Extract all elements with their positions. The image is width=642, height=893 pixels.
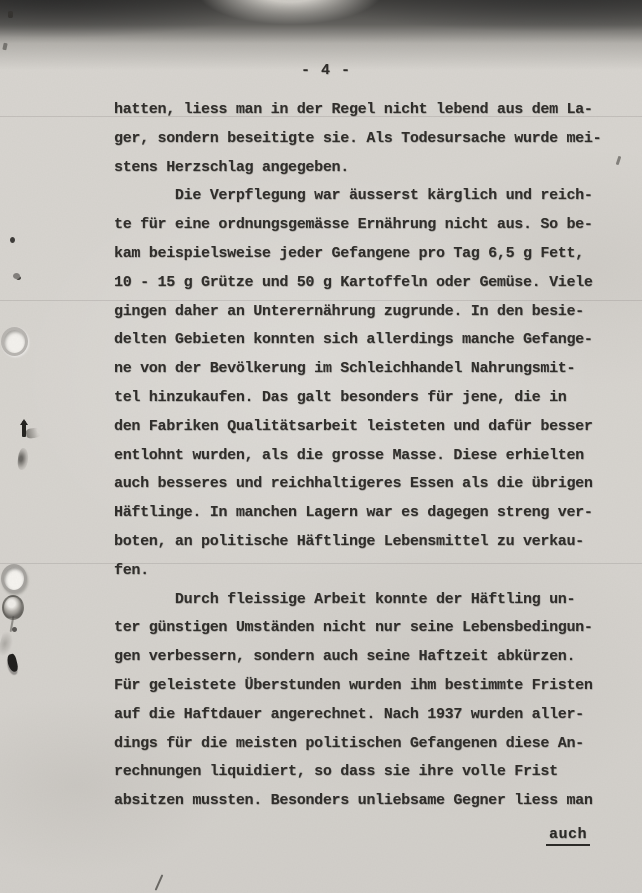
page-number: - 4 - bbox=[0, 62, 642, 79]
text-line: Die Verpflegung war äusserst kärglich un… bbox=[114, 182, 626, 211]
ink-speck bbox=[12, 627, 17, 632]
text-line: dings für die meisten politischen Gefang… bbox=[114, 730, 626, 759]
text-line: 10 - 15 g Grütze und 50 g Kartoffeln ode… bbox=[114, 269, 626, 298]
text-line: den Fabriken Qualitätsarbeit leisteten u… bbox=[114, 413, 626, 442]
ink-speck bbox=[10, 237, 15, 243]
text-line: ger, sondern beseitigte sie. Als Todesur… bbox=[114, 125, 626, 154]
text-line: te für eine ordnungsgemässe Ernährung ni… bbox=[114, 211, 626, 240]
scanned-document-page: { "page": { "number_label": "- 4 -", "ca… bbox=[0, 0, 642, 893]
text-line: tel hinzukaufen. Das galt besonders für … bbox=[114, 384, 626, 413]
margin-smudge bbox=[25, 427, 42, 439]
text-line: auch besseres und reichhaltigeres Essen … bbox=[114, 470, 626, 499]
punch-hole bbox=[1, 564, 27, 593]
ink-blob bbox=[6, 653, 19, 673]
catchword: auch bbox=[546, 826, 590, 846]
text-line: Häftlinge. In manchen Lagern war es dage… bbox=[114, 499, 626, 528]
text-line: stens Herzschlag angegeben. bbox=[114, 154, 626, 183]
text-line: entlohnt wurden, als die grosse Masse. D… bbox=[114, 442, 626, 471]
text-line: boten, an politische Häftlinge Lebensmit… bbox=[114, 528, 626, 557]
ink-speck bbox=[13, 273, 20, 279]
text-line: ne von der Bevölkerung im Schleichhandel… bbox=[114, 355, 626, 384]
text-line: Durch fleissige Arbeit konnte der Häftli… bbox=[114, 586, 626, 615]
text-line: auf die Haftdauer angerechnet. Nach 1937… bbox=[114, 701, 626, 730]
ink-speck bbox=[8, 11, 13, 18]
body-text: hatten, liess man in der Regel nicht leb… bbox=[114, 96, 626, 816]
text-line: gen verbessern, sondern auch seine Haftz… bbox=[114, 643, 626, 672]
scan-shadow-band bbox=[0, 0, 642, 70]
pencil-stroke bbox=[155, 874, 164, 890]
text-line: Für geleistete Überstunden wurden ihm be… bbox=[114, 672, 626, 701]
text-line: gingen daher an Unterernährung zugrunde.… bbox=[114, 298, 626, 327]
text-line: hatten, liess man in der Regel nicht leb… bbox=[114, 96, 626, 125]
text-line: delten Gebieten konnten sich allerdings … bbox=[114, 326, 626, 355]
text-line: rechnungen liquidiert, so dass sie ihre … bbox=[114, 758, 626, 787]
text-line: absitzen mussten. Besonders unliebsame G… bbox=[114, 787, 626, 816]
text-line: fen. bbox=[114, 557, 626, 586]
text-line: kam beispielsweise jeder Gefangene pro T… bbox=[114, 240, 626, 269]
punch-hole bbox=[1, 327, 28, 356]
margin-smudge bbox=[17, 448, 29, 471]
text-line: ter günstigen Umständen nicht nur seine … bbox=[114, 614, 626, 643]
